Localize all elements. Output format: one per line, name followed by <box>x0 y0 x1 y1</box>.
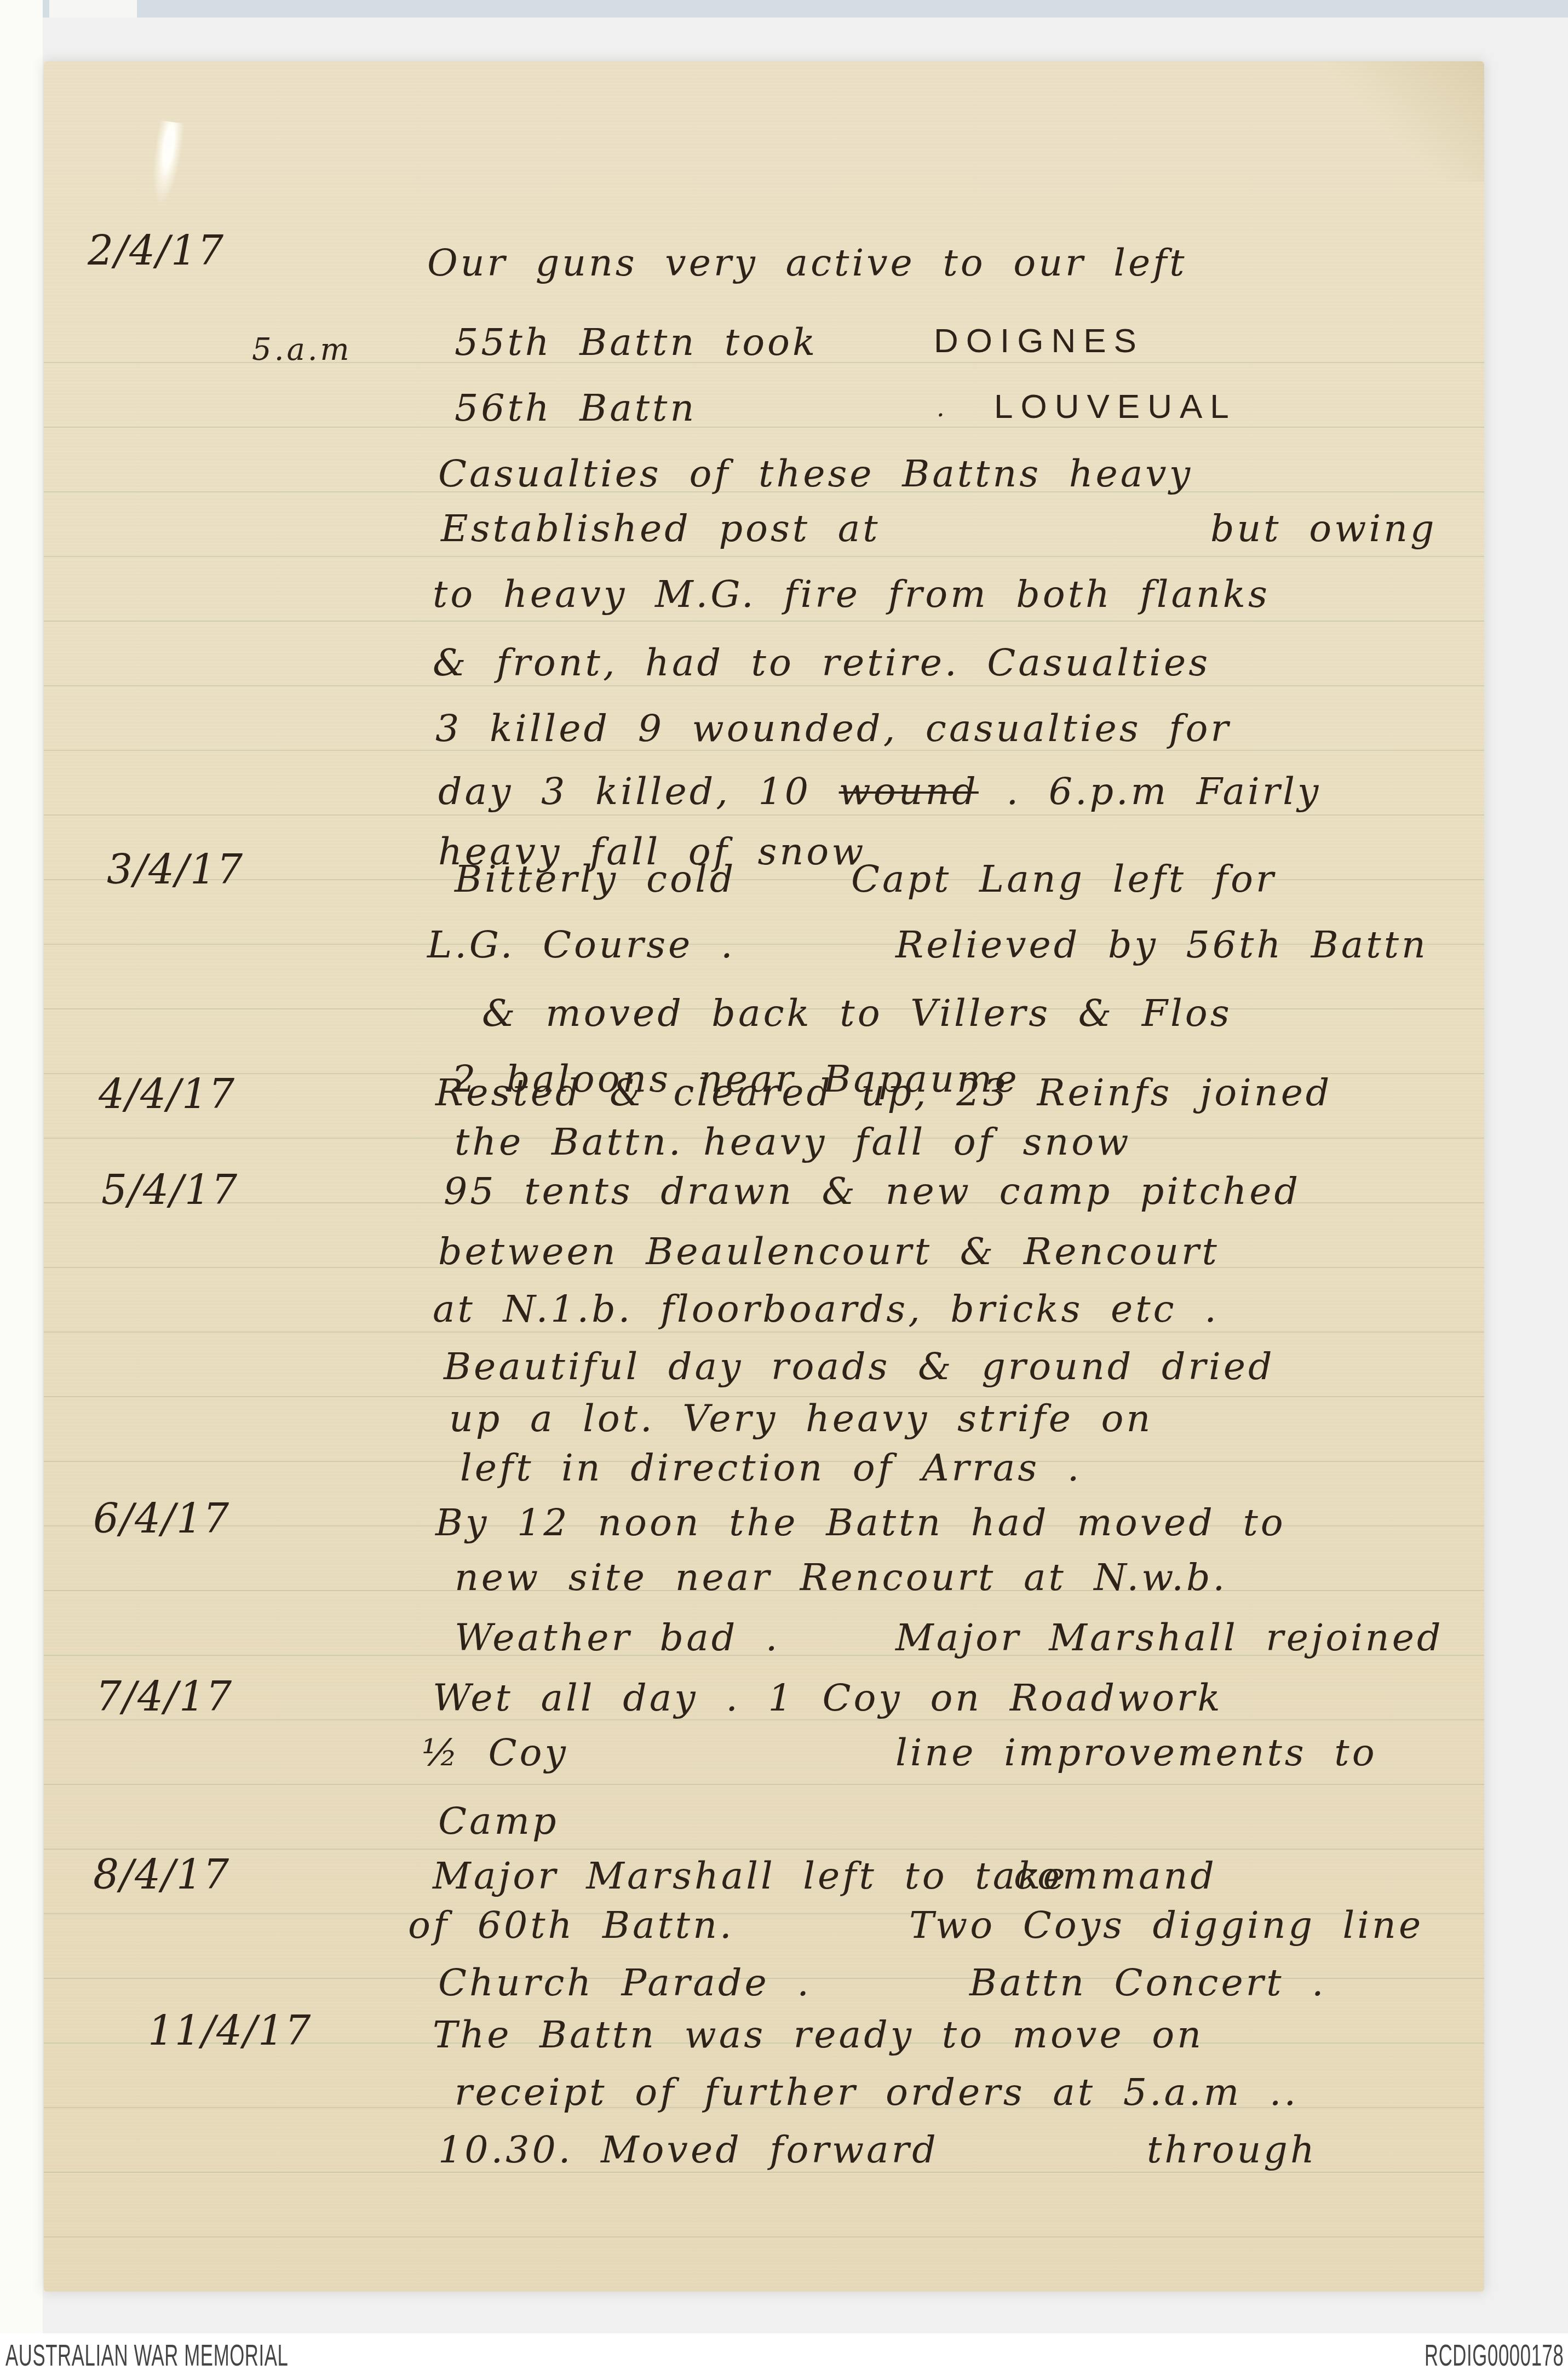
diary-line-part: . 6.p.m Fairly <box>1006 770 1321 813</box>
scanned-diary-page: 2/4/17 5.a.m Our guns very active to our… <box>0 0 1568 2376</box>
diary-line-part: Established post at <box>441 507 881 550</box>
diary-line: 10.30. Moved forward through <box>438 2131 939 2170</box>
paper-fold-corner <box>1298 61 1484 182</box>
catalog-id: RCDIG0000178 <box>1425 2337 1564 2373</box>
diary-line-part: of 60th Battn. <box>408 1904 734 1947</box>
diary-line: Casualties of these Battns heavy <box>438 455 1193 493</box>
place-name: LOUVEUAL <box>994 389 1237 424</box>
scan-margin-strip <box>0 0 43 2376</box>
diary-line: Camp <box>438 1802 559 1841</box>
diary-line-part: Weather bad . <box>455 1616 780 1660</box>
diary-line-part: line improvements to <box>895 1734 1377 1772</box>
diary-line: 56th Battn . LOUVEUAL <box>455 389 697 428</box>
entry-date: 2/4/17 <box>88 230 225 273</box>
diary-line-part: heavy fall of snow <box>703 1123 1131 1162</box>
struck-word: wound <box>839 770 979 813</box>
diary-line: the Battn. heavy fall of snow <box>455 1123 684 1162</box>
diary-line: 55th Battn took DOIGNES <box>455 323 818 362</box>
scan-top-band <box>43 0 1568 18</box>
diary-line: By 12 noon the Battn had moved to <box>435 1503 1286 1542</box>
diary-line-part: Major Marshall rejoined <box>895 1619 1443 1657</box>
diary-line-part: 56th Battn <box>455 387 697 430</box>
diary-line: 3 killed 9 wounded, casualties for <box>435 709 1231 748</box>
diary-line: Major Marshall left to take command <box>433 1857 1068 1896</box>
diary-line-part: Bitterly cold <box>455 858 736 901</box>
footer-bar: AUSTRALIAN WAR MEMORIAL RCDIG0000178 <box>0 2333 1568 2376</box>
diary-line: 95 tents drawn & new camp pitched <box>444 1172 1301 1211</box>
diary-line: new site near Rencourt at N.w.b. <box>455 1558 1227 1597</box>
diary-line-part: Major Marshall left to take <box>433 1855 1068 1898</box>
diary-line-part: Two Coys digging line <box>909 1906 1423 1945</box>
ditto-mark: . <box>937 394 946 421</box>
diary-line: L.G. Course . Relieved by 56th Battn <box>427 926 736 965</box>
diary-line-part: ½ Coy <box>422 1731 568 1775</box>
entry-time: 5.a.m <box>252 334 352 366</box>
diary-line: between Beaulencourt & Rencourt <box>438 1232 1220 1271</box>
diary-line: left in direction of Arras . <box>460 1449 1082 1488</box>
diary-paper-sheet: 2/4/17 5.a.m Our guns very active to our… <box>44 61 1484 2292</box>
diary-line: of 60th Battn. Two Coys digging line <box>408 1906 734 1945</box>
diary-line-part: 10.30. Moved forward <box>438 2128 939 2172</box>
scan-top-band-gap <box>49 0 137 18</box>
diary-line: ½ Coy line improvements to <box>422 1734 568 1772</box>
diary-line-part: the Battn. <box>455 1121 684 1164</box>
entry-date: 6/4/17 <box>93 1498 230 1541</box>
diary-line-part: Church Parade . <box>438 1961 812 2005</box>
diary-line: day 3 killed, 10 wound . 6.p.m Fairly <box>438 772 1321 811</box>
paper-damage-mark <box>148 120 185 205</box>
diary-line-part: through <box>1147 2131 1317 2170</box>
diary-line: & moved back to Villers & Flos <box>482 994 1232 1033</box>
diary-line-part: L.G. Course . <box>427 923 736 967</box>
diary-line-part: 55th Battn took <box>455 321 818 364</box>
entry-date: 7/4/17 <box>96 1676 233 1719</box>
diary-line-part: Relieved by 56th Battn <box>895 926 1428 965</box>
diary-line: & front, had to retire. Casualties <box>433 644 1210 682</box>
entry-date: 5/4/17 <box>101 1169 238 1212</box>
diary-line: Our guns very active to our left <box>427 244 1187 283</box>
diary-line: Weather bad . Major Marshall rejoined <box>455 1619 780 1657</box>
paper-damage-hole <box>165 137 174 148</box>
entry-date: 11/4/17 <box>148 2010 312 2053</box>
place-name: DOIGNES <box>934 323 1144 359</box>
diary-line: Bitterly cold Capt Lang left for <box>455 860 736 899</box>
entry-date: 4/4/17 <box>99 1074 236 1116</box>
diary-line: Rested & cleared up, 23 Reinfs joined <box>435 1074 1332 1112</box>
diary-line-part: but owing <box>1210 509 1437 548</box>
diary-line: Wet all day . 1 Coy on Roadwork <box>433 1679 1223 1718</box>
diary-line: The Battn was ready to move on <box>433 2016 1204 2054</box>
diary-line: Established post at but owing <box>441 509 881 548</box>
diary-line: receipt of further orders at 5.a.m .. <box>455 2073 1299 2112</box>
diary-line: Church Parade . Battn Concert . <box>438 1964 812 2002</box>
archive-name: AUSTRALIAN WAR MEMORIAL <box>5 2337 288 2373</box>
diary-line: at N.1.b. floorboards, bricks etc . <box>433 1290 1219 1329</box>
entry-date: 3/4/17 <box>107 849 244 892</box>
entry-date: 8/4/17 <box>93 1854 230 1897</box>
diary-line: to heavy M.G. fire from both flanks <box>433 575 1270 614</box>
diary-line-part: day 3 killed, 10 <box>438 770 811 813</box>
diary-line-part: command <box>1014 1857 1217 1896</box>
diary-line: Beautiful day roads & ground dried <box>444 1347 1275 1386</box>
diary-line: up a lot. Very heavy strife on <box>449 1399 1153 1438</box>
diary-line-part: Battn Concert . <box>969 1964 1326 2002</box>
diary-line-part: Capt Lang left for <box>851 860 1276 899</box>
